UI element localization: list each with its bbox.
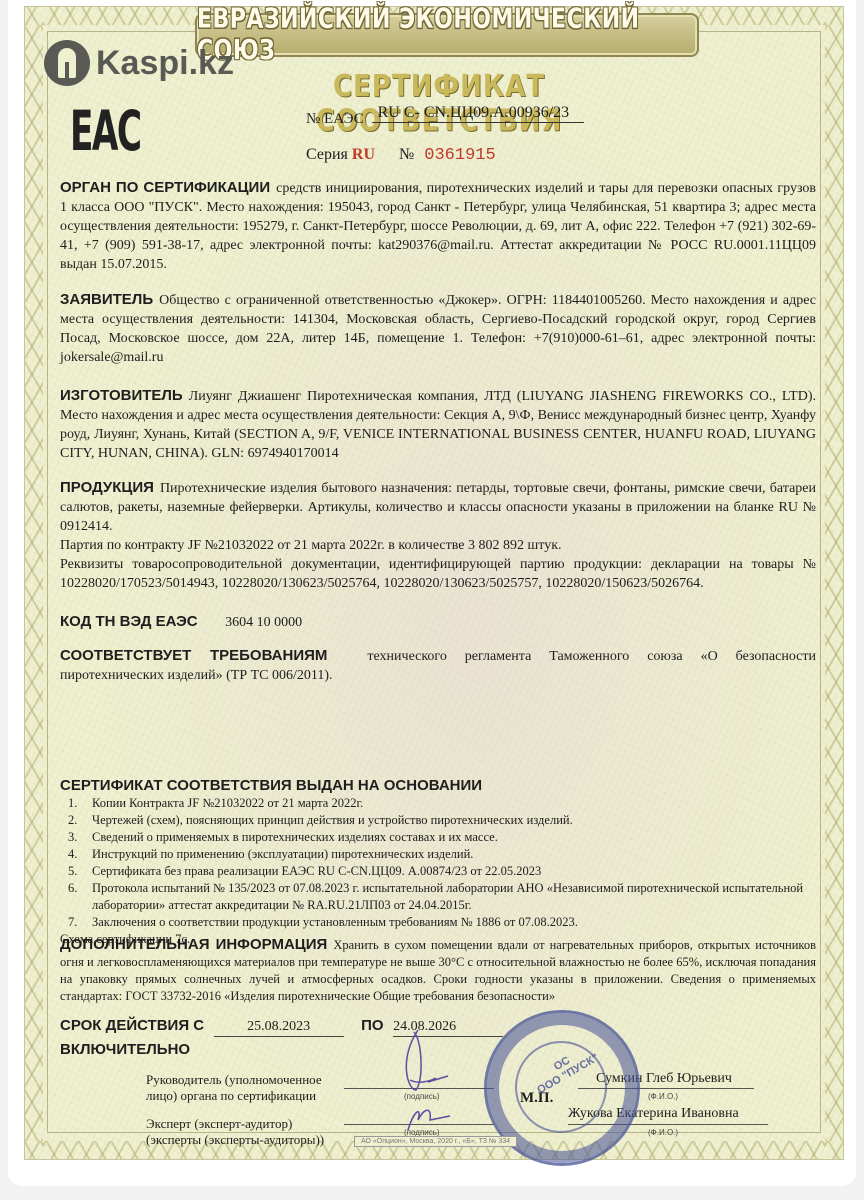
expert-signature-label: Эксперт (эксперт-аудитор) (эксперты (экс… — [146, 1116, 324, 1148]
series-line: Серия RU № 0361915 — [306, 146, 496, 165]
kaspi-brand: Kaspi.kz — [96, 44, 234, 83]
basis-item: 4.Инструкций по применению (эксплуатации… — [68, 846, 816, 863]
valid-from: 25.08.2023 — [214, 1017, 344, 1037]
basis-item: 1.Копии Контракта JF №21032022 от 21 мар… — [68, 795, 816, 812]
basis-item: 7.Заключения о соответствии продукции ус… — [68, 914, 816, 931]
kaspi-logo-icon — [44, 40, 90, 86]
basis-list: 1.Копии Контракта JF №21032022 от 21 мар… — [68, 795, 816, 948]
basis-item: 3.Сведений о применяемых в пиротехническ… — [68, 829, 816, 846]
reg-number-value: RU C- CN.ЦЦ09.А.00936/23 — [372, 104, 584, 123]
series-value: RU — [352, 146, 375, 163]
basis-item: 5.Сертификата без права реализации ЕАЭС … — [68, 863, 816, 880]
section-conformity: СООТВЕТСТВУЕТ ТРЕБОВАНИЯМтехнического ре… — [60, 646, 816, 685]
code-value: 3604 10 0000 — [225, 615, 302, 630]
union-banner: ЕВРАЗИЙСКИЙ ЭКОНОМИЧЕСКИЙ СОЮЗ — [195, 13, 699, 57]
product-requisites: Реквизиты товаросопроводительной докумен… — [60, 555, 816, 593]
union-title: ЕВРАЗИЙСКИЙ ЭКОНОМИЧЕСКИЙ СОЮЗ — [197, 4, 697, 67]
head-signature-label: Руководитель (уполномоченное лицо) орган… — [146, 1072, 322, 1104]
signature-scribble-icon — [388, 1020, 478, 1140]
basis-item: 2.Чертежей (схем), поясняющих принцип де… — [68, 812, 816, 829]
image-card: ЕВРАЗИЙСКИЙ ЭКОНОМИЧЕСКИЙ СОЮЗ Kaspi.kz … — [8, 0, 856, 1186]
section-organ: ОРГАН ПО СЕРТИФИКАЦИИсредств инициирован… — [60, 178, 816, 274]
section-code: КОД ТН ВЭД ЕАЭС 3604 10 0000 — [60, 612, 816, 632]
section-manufacturer: ИЗГОТОВИТЕЛЬЛиуянг Джиашенг Пиротехничес… — [60, 386, 816, 463]
printer-imprint: АО «Опцион», Москва, 2020 г., «Б», ТЗ № … — [354, 1136, 517, 1147]
kaspi-watermark: Kaspi.kz — [44, 40, 234, 86]
section-product: ПРОДУКЦИЯПиротехнические изделия бытовог… — [60, 478, 816, 593]
eac-mark-icon: ЕАС — [70, 100, 141, 164]
section-additional: ДОПОЛНИТЕЛЬНАЯ ИНФОРМАЦИЯХранить в сухом… — [60, 936, 816, 1005]
product-batch: Партия по контракту JF №21032022 от 21 м… — [60, 536, 816, 555]
section-basis-heading: СЕРТИФИКАТ СООТВЕТСТВИЯ ВЫДАН НА ОСНОВАН… — [60, 776, 816, 796]
blank-number: 0361915 — [424, 146, 495, 165]
section-applicant: ЗАЯВИТЕЛЬОбщество с ограниченной ответст… — [60, 290, 816, 367]
registration-number: № ЕАЭС RU C- CN.ЦЦ09.А.00936/23 — [306, 110, 584, 129]
basis-item: 6.Протокола испытаний № 135/2023 от 07.0… — [68, 880, 816, 914]
